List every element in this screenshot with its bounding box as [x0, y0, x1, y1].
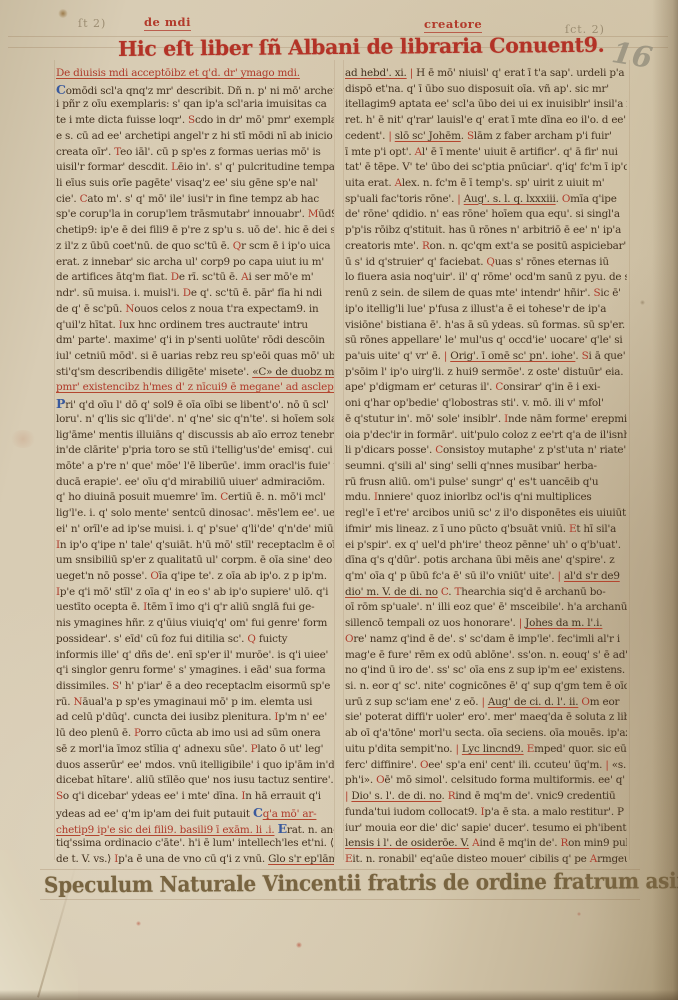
text-line: chetip9 ip'e sic dei fili9. basili9 ī ex… — [56, 821, 334, 837]
text-line: lū deo plenū ē. Porro cūcta ab imo usi a… — [56, 726, 334, 742]
manuscript-page: ſt 2) de mdi creatore ſct. 2) 16 Hic eſt… — [0, 0, 678, 1000]
text-line: lensis i l'. de osiderōe. V. Aind ē mq'i… — [345, 836, 627, 852]
text-line: uisil'r formar' descdit. Lēio in'. s' q'… — [56, 160, 334, 176]
text-line: ū s' id q'struier' q' faciebat. Quas s' … — [345, 255, 627, 271]
bottom-title-inscription: Speculum Naturale Vincentii fratris de o… — [44, 868, 614, 898]
text-line: funda'tui iudom collocat9. Ip'a ē sta. a… — [345, 805, 627, 821]
text-column-left: De diuisis mdi acceptōibz et q'd. dr' ym… — [56, 66, 334, 868]
text-line: dīna q's q'dūr'. potis archana ūbi mēis … — [345, 553, 627, 569]
ruling-column-left-inner — [334, 60, 335, 860]
ruling-column-left-outer — [54, 60, 55, 860]
text-line: si. n. eor q' sc'. nite' cognicōnes ē' q… — [345, 679, 627, 695]
text-line: q'm' oīa q' p ūbū fc'a ē' sū il'o vniūt'… — [345, 569, 627, 585]
text-line: de q' ē sc'pū. Nouos celos z noua t'ra e… — [56, 302, 334, 318]
text-line: | Dio' s. l'. de di. no. Rind ē mq'm de'… — [345, 789, 627, 805]
parchment-stain — [136, 921, 141, 926]
text-line: z il'z z ūbū coet'nū. de quo sc'tū ē. Qr… — [56, 239, 334, 255]
text-line: visiōne' bistiana ē'. h'as ā sū ydeas. s… — [345, 318, 627, 334]
text-line: ei p'spir'. ex q' uel'd ph'ire' theoz pē… — [345, 538, 627, 554]
text-line: ducā erapie'. ee' oīu q'd mirabiliū uiue… — [56, 475, 334, 491]
text-line: um snsibiliū sp'er z qualitatū ul' corpm… — [56, 553, 334, 569]
text-line: renū z sein. de silem de quas mte' inten… — [345, 286, 627, 302]
text-line: lig'āme' mentis illuiāns q' discussis ab… — [56, 428, 334, 444]
text-line: cedent'. | slō sc' Johēm. Slām z faber a… — [345, 129, 627, 145]
text-line: ret. h' ē nit' q'rar' lauisl'e q' erat ī… — [345, 113, 627, 129]
parchment-stain — [640, 300, 645, 305]
text-line: dispō et'na. q' ī ūbo suo disposuit oīa.… — [345, 82, 627, 98]
parchment-fold-bottom-left — [0, 850, 78, 1000]
text-line: ē q'stutur in'. mō' sole' insiblr'. Inde… — [345, 412, 627, 428]
text-line: mag'e ē fure' rēm ex odū ablōne'. ss'on.… — [345, 648, 627, 664]
text-line: Ore' namz q'ind ē de'. s' sc'dam ē imp'l… — [345, 632, 627, 648]
page-edge-bottom — [0, 990, 678, 1000]
text-line: uitu p'dita sempit'no. | Lyc lincnd9. Em… — [345, 742, 627, 758]
text-line: no q'ind ū iro de'. ss' sc' oīa ens z su… — [345, 663, 627, 679]
shelfmark-top-left: ſt 2) — [78, 17, 106, 30]
text-line: ip'o itellig'li lue' p'fusa z illust'a ē… — [345, 302, 627, 318]
text-line: ei' n' orīl'e ad ip'se muisi. i. q' p'su… — [56, 522, 334, 538]
text-line: de artifices ātq'm fiat. De rī. sc'tū ē.… — [56, 270, 334, 286]
text-line: iul' cetniū mōd'. si ē uarias rebz reu s… — [56, 349, 334, 365]
text-line: possidear'. s' eīd' cū foz fui ditilia s… — [56, 632, 334, 648]
text-line: pmr' existencibz h'mes d' z nīcui9 ē meg… — [56, 380, 334, 396]
text-line: ndr'. sū muisa. i. muisl'i. De q'. sc'tū… — [56, 286, 334, 302]
text-line: In ip'o q'ipe n' tale' q'suiāt. h'ū mō' … — [56, 538, 334, 554]
text-line: regl'e ī et're' arcibos uniū sc' z il'o … — [345, 506, 627, 522]
ruling-column-right-inner — [343, 60, 344, 860]
text-line: mdu. Inniere' quoz iniorlbz ocl'is q'ni … — [345, 490, 627, 506]
text-line: Ip'e q'i mō' stīl' z oīa q' in eo s' ab … — [56, 585, 334, 601]
text-line: tiq'ssima ordinacio c'āte'. h'i ē lum' i… — [56, 836, 334, 852]
text-line: Eit. n. ronabil' eq'aūe disteo mouer' ci… — [345, 852, 627, 868]
text-line: p'p'is rōibz q'stituit. has ū rōnes n' a… — [345, 223, 627, 239]
text-line: dissimiles. S' h' p'iar' ē a deo recepta… — [56, 679, 334, 695]
text-line: duos asserūr' ee' mdos. vnū itelligibile… — [56, 758, 334, 774]
text-line: ydeas ad ee' q'm ip'am dei fuit putauit … — [56, 805, 334, 821]
text-line: creata oīr'. Teo iāl'. cū p sp'es z form… — [56, 145, 334, 161]
text-line: lig'l'e. i. q' solo mente' sentcū dinosa… — [56, 506, 334, 522]
text-line: oia p'dec'ir in formār'. uit'pulo coloz … — [345, 428, 627, 444]
text-line: te i mte dicta fuisse loqr'. Scdo in dr'… — [56, 113, 334, 129]
text-line: ad celū p'dūq'. cuncta dei iusibz plenit… — [56, 710, 334, 726]
text-line: ueget'n nō posse'. Oīa q'ipe te'. z oīa … — [56, 569, 334, 585]
page-edge-right — [652, 0, 678, 1000]
text-line: mōte' a p're n' que' mōe' l'ē liberūe'. … — [56, 459, 334, 475]
text-line: creatoris mte'. Ron. n. qc'qm ext'a se p… — [345, 239, 627, 255]
text-line: ab oī q'a'tōne' morl'u secta. oīa secien… — [345, 726, 627, 742]
text-line: uestīto ocepta ē. Itēm ī imo q'i q'r ali… — [56, 600, 334, 616]
text-line: ferc' diffinire'. Oee' sp'a eni' cent' i… — [345, 758, 627, 774]
running-title-left: de mdi — [144, 15, 191, 31]
text-line: dicebat hītare'. aliū stīlēo que' nos iu… — [56, 773, 334, 789]
text-line: de t. V. vs.⟩ Ip'a ē una de vno cū q'i z… — [56, 852, 334, 868]
text-column-right: ad hebd'. xi. | H ē mō' niuisl' q' erat … — [345, 66, 627, 868]
text-line: lo fiuera asia noq'uir'. il' q' rōme' oc… — [345, 270, 627, 286]
text-line: in'de clārite' p'pria toro se stū i'tell… — [56, 443, 334, 459]
text-line: informis ille' q' dñs de'. enī sp'er il'… — [56, 648, 334, 664]
text-line: oni q'har op'bedie' q'lobostras sti'. v.… — [345, 396, 627, 412]
text-line: li eīus suis orīe pagēte' visaq'z ee' si… — [56, 176, 334, 192]
text-line: ph'i». Oē' mō simol'. celsitudo forma mu… — [345, 773, 627, 789]
text-line: seumni. q'sili al' sing' selli q'nnes mu… — [345, 459, 627, 475]
text-line: p'sōim l' ip'o uirg'li. z hui9 sermōe'. … — [345, 365, 627, 381]
text-line: ad hebd'. xi. | H ē mō' niuisl' q' erat … — [345, 66, 627, 82]
text-line: pa'uis uite' q' vr' ē. | Orig'. ī omē sc… — [345, 349, 627, 365]
text-line: Comōdi scl'a qnq'z mr' describit. Dñ n. … — [56, 82, 334, 98]
text-line: urū z sup sc'iam ene' z eō. | Aug' de ci… — [345, 695, 627, 711]
text-line: erat. z innebar' sic archa ul' corp9 po … — [56, 255, 334, 271]
text-line: q' ho diuinā posuit muemre' īm. Certiū ē… — [56, 490, 334, 506]
text-line: itellagim9 aptata ee' scl'a ūbo dei ui e… — [345, 97, 627, 113]
text-line: chetip9: ip'e ē dei fili9 ē p're z sp'u … — [56, 223, 334, 239]
text-line: So q'i dicebar' ydeas ee' i mte' dīna. I… — [56, 789, 334, 805]
text-line: sū rōnes appellare' le' mul'us q' occd'i… — [345, 333, 627, 349]
text-line: tat' ē tēpe. V' te' ūbo dei sc'ptia pnūc… — [345, 160, 627, 176]
text-line: sē z morl'ia īmoz stīlia q' adnexu sūe'.… — [56, 742, 334, 758]
text-line: sie' poterat diffi'r uoler' ero'. mer' m… — [345, 710, 627, 726]
text-line: ī mte p'i opt'. Al' ē ī mente' uiuit ē a… — [345, 145, 627, 161]
text-line: nis ymagines hñr. z q'ūius viuiq'q' om' … — [56, 616, 334, 632]
text-line: i pñr z oīu exemplaris: s' qan ip'a scl'… — [56, 97, 334, 113]
text-line: e s. cū ad ee' archetipi angel'r z hi st… — [56, 129, 334, 145]
text-line: De diuisis mdi acceptōibz et q'd. dr' ym… — [56, 66, 334, 82]
text-line: ifmir' mis lineaz. z ī uno pūcto q'bsuāt… — [345, 522, 627, 538]
text-line: q'i singlor genru forme' s' ymagines. i … — [56, 663, 334, 679]
text-line: ape' p'digmam er' ceturas il'. Consirar'… — [345, 380, 627, 396]
ex-libris-inscription: Hic eſt liber ſñ Albani de libraria Conu… — [118, 33, 568, 61]
text-line: sillencō tempali oz uos honorare'. | Joh… — [345, 616, 627, 632]
parchment-stain — [58, 9, 68, 18]
ruling-line-inscription-bottom — [40, 899, 640, 900]
text-line: Pri' q'd oīu l' dō q' sol9 ē oīa oībi se… — [56, 396, 334, 412]
parchment-stain — [10, 430, 36, 448]
text-line: rū frusn aliū. om'i pulse' sungr' q' es'… — [345, 475, 627, 491]
text-line: dm' parte'. maxime' q'i in p'senti uolūt… — [56, 333, 334, 349]
text-line: sti'q'sm describendis diligēte' misete'.… — [56, 365, 334, 381]
text-line: q'uil'z hītat. Iux hnc ordinem tres auct… — [56, 318, 334, 334]
parchment-stain — [577, 912, 581, 916]
text-line: de' rōne' qdidio. n' eas rōne' hoīem qua… — [345, 207, 627, 223]
parchment-stain — [296, 942, 302, 948]
text-line: cie'. Cato m'. s' q' mō' ile' iusi'r in … — [56, 192, 334, 208]
text-line: sp'e corup'la in corup'lem trāsmutabr' i… — [56, 207, 334, 223]
text-line: oī rōm sp'uale'. n' illi eoz que' ē' msc… — [345, 600, 627, 616]
text-line: loru'. n' q'lis sic q'li'de'. n' q'ne' s… — [56, 412, 334, 428]
ruling-column-right-outer — [629, 60, 630, 860]
text-line: iur' mouia eor die' dic' sapie' ducer'. … — [345, 821, 627, 837]
text-line: sp'uali fac'toris rōne'. | Aug'. s. l. q… — [345, 192, 627, 208]
text-line: uita erat. Alex. n. fc'm ē ī temp's. sp'… — [345, 176, 627, 192]
text-line: dio' m. V. de di. no C. Thearchia siq'd … — [345, 585, 627, 601]
text-line: rū. Nāual'a p sp'es ymaginaui mō' p im. … — [56, 695, 334, 711]
running-title-right: creatore — [424, 17, 482, 33]
text-line: li p'dicars posse'. Consistoy mutaphe' z… — [345, 443, 627, 459]
